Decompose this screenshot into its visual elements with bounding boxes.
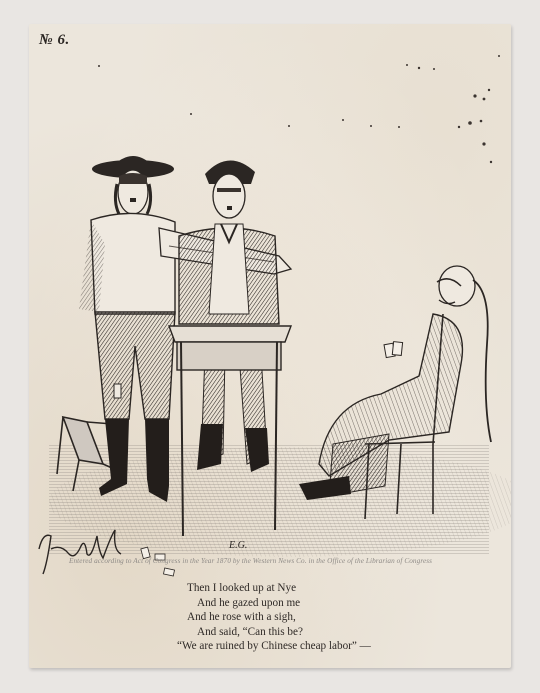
foxing-speckles (98, 55, 500, 163)
verse-line: “We are ruined by Chinese cheap labor” — (177, 639, 371, 654)
copyright-notice: Entered according to Act of Congress in … (69, 557, 489, 565)
verse-line: And said, “Can this be? (177, 625, 371, 640)
monogram: E.G. (228, 540, 247, 551)
verse-line: And he rose with a sigh, (177, 610, 371, 625)
verse-line: Then I looked up at Nye (177, 581, 371, 596)
standing-man-behind-table (179, 160, 279, 472)
illustration: E.G. (29, 24, 511, 668)
lithograph-sheet: № 6. (29, 24, 511, 668)
verse-caption: Then I looked up at Nye And he gazed upo… (177, 581, 371, 654)
verse-line: And he gazed upon me (177, 596, 371, 611)
